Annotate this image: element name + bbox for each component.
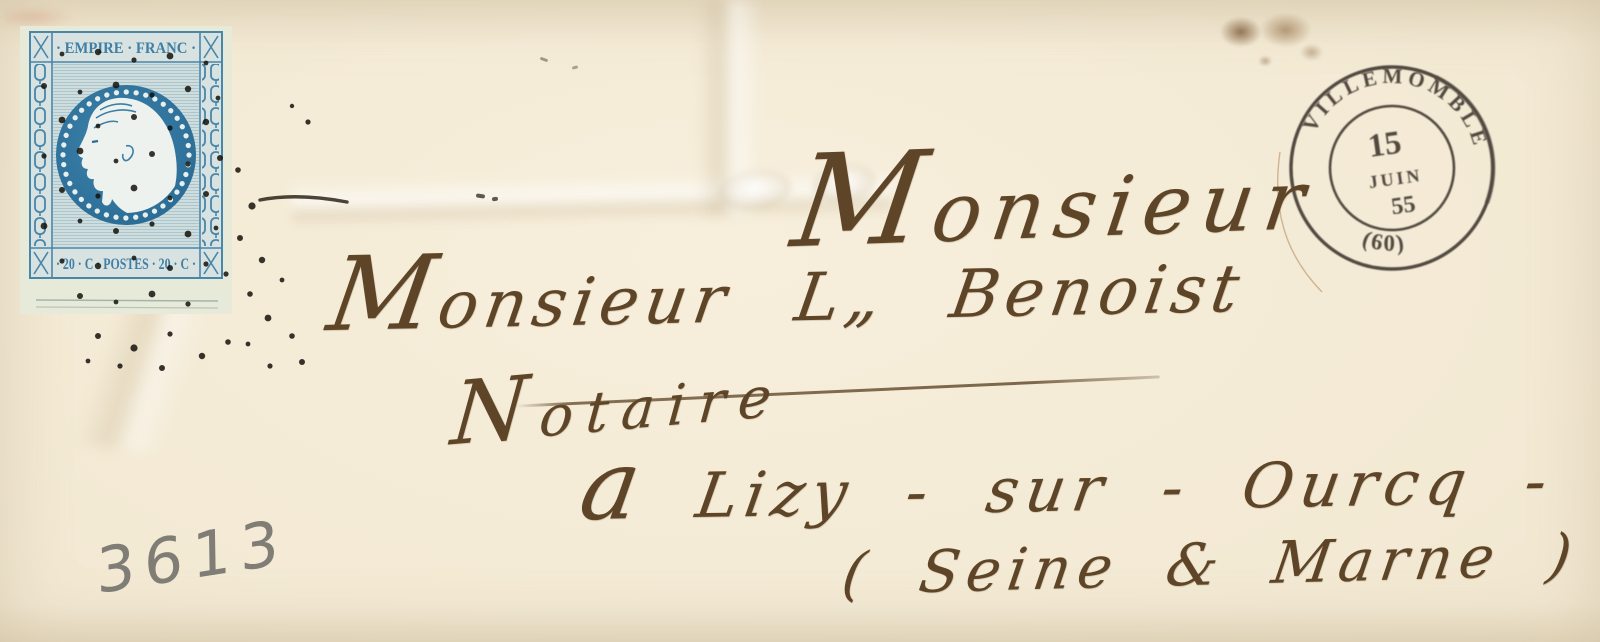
stamp-top-inscription: · EMPIRE · FRANC · bbox=[56, 40, 196, 57]
ink-speck bbox=[572, 65, 579, 69]
postmark-month: JUIN bbox=[1367, 165, 1423, 192]
eye-detail bbox=[92, 141, 98, 142]
address-locality: a Lizy - sur - Ourcq - bbox=[573, 413, 1564, 542]
postmark-date: 15 JUIN 55 bbox=[1361, 122, 1428, 223]
stamp-chain-border-right bbox=[202, 64, 219, 246]
pencil-collector-number: 3613 bbox=[96, 504, 289, 608]
postmark-year: 55 bbox=[1390, 191, 1417, 220]
envelope-cover: · EMPIRE · FRANC · · 20 · C · POSTES · 2… bbox=[0, 0, 1600, 642]
postmark-day: 15 bbox=[1366, 125, 1404, 165]
postage-stamp: · EMPIRE · FRANC · · 20 · C · POSTES · 2… bbox=[0, 18, 350, 388]
crease-ink-line bbox=[260, 197, 347, 202]
stamp-medallion bbox=[53, 63, 199, 248]
ink-speck bbox=[540, 57, 549, 63]
stamp-bottom-inscription: · 20 · C · POSTES · 20 · C · bbox=[56, 256, 196, 273]
stamp-chain-border-left bbox=[33, 64, 50, 246]
